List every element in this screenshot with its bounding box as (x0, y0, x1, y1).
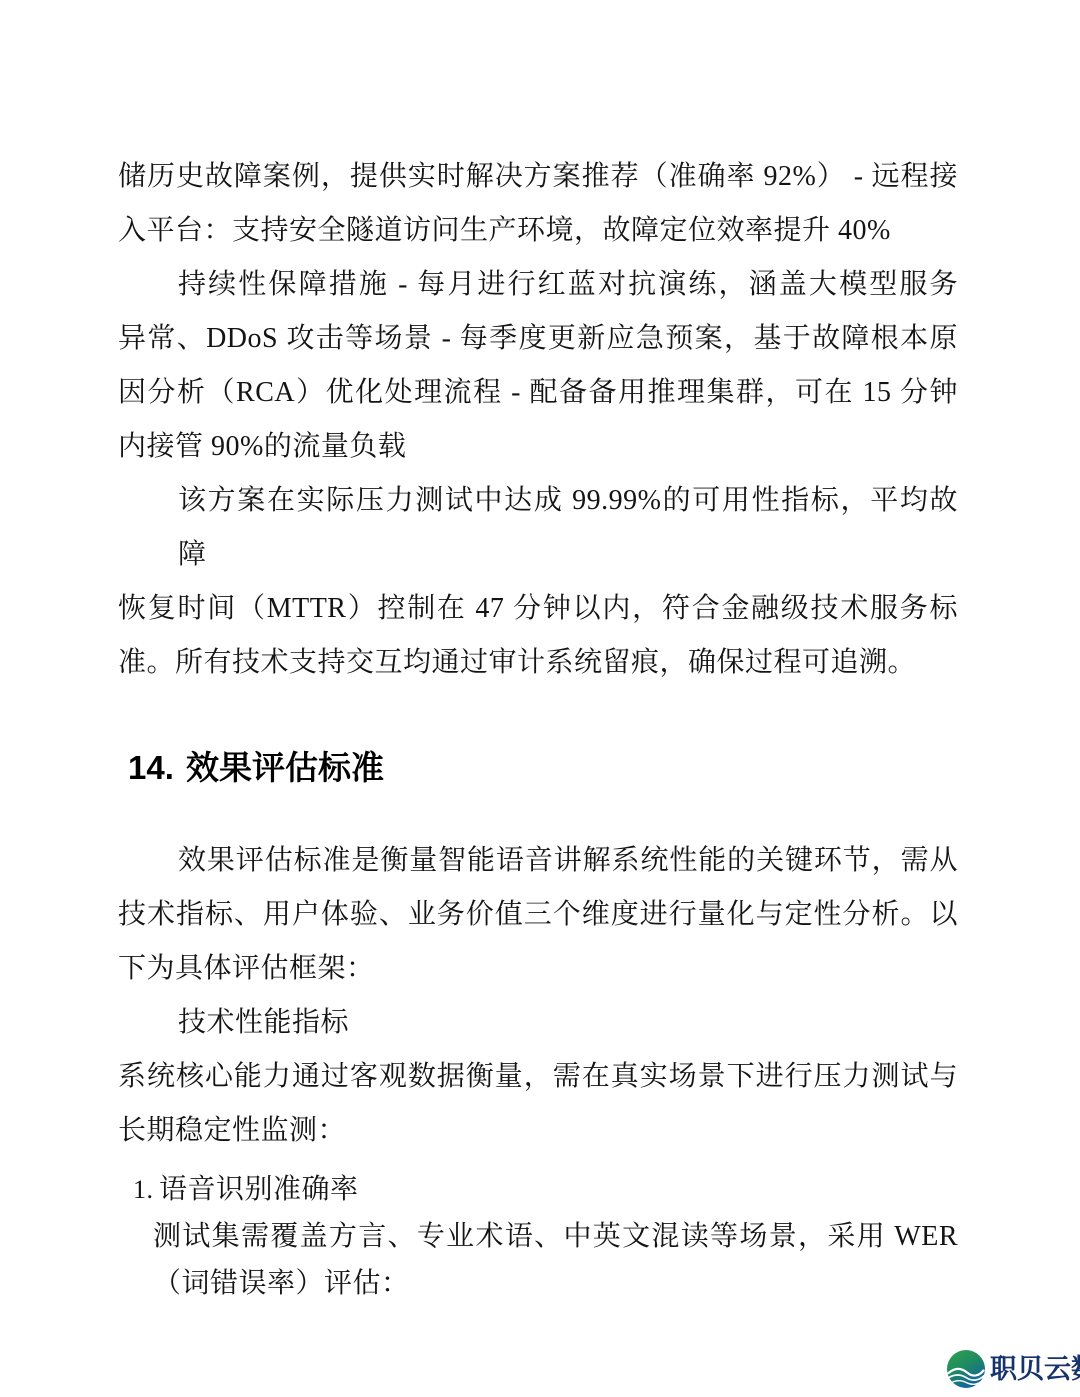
paragraph: 持续性保障措施 - 每月进行红蓝对抗演练，涵盖大模型服务异常、DDoS 攻击等场… (118, 258, 958, 474)
heading-title: 效果评估标准 (186, 749, 384, 786)
text-line: 内接管 90%的流量负载 (118, 420, 958, 474)
text-line: 储历史故障案例，提供实时解决方案推荐（准确率 92%） - 远程接 (118, 150, 958, 204)
text-line: 1.语音识别准确率 (118, 1166, 958, 1213)
heading-number: 14. (128, 746, 174, 790)
list-text: 语音识别准确率 (159, 1174, 359, 1205)
text-line: 技术性能指标 (118, 996, 958, 1050)
text-line: 入平台：支持安全隧道访问生产环境，故障定位效率提升 40% (118, 204, 958, 258)
text-line: （词错误率）评估： (118, 1260, 958, 1307)
text-line: 恢复时间（MTTR）控制在 47 分钟以内，符合金融级技术服务标 (118, 582, 958, 636)
list-item: 1.语音识别准确率测试集需覆盖方言、专业术语、中英文混读等场景，采用 WER（词… (118, 1166, 958, 1307)
text-line: 持续性保障措施 - 每月进行红蓝对抗演练，涵盖大模型服务 (118, 258, 958, 312)
text-line: 准。所有技术支持交互均通过审计系统留痕，确保过程可追溯。 (118, 636, 958, 690)
text-line: 下为具体评估框架： (118, 942, 958, 996)
paragraph: 系统核心能力通过客观数据衡量，需在真实场景下进行压力测试与长期稳定性监测： (118, 1050, 958, 1158)
globe-wave-icon (946, 1349, 986, 1389)
document-body: 储历史故障案例，提供实时解决方案推荐（准确率 92%） - 远程接入平台：支持安… (118, 150, 958, 1307)
text-line: 长期稳定性监测： (118, 1104, 958, 1158)
paragraph: 该方案在实际压力测试中达成 99.99%的可用性指标，平均故障恢复时间（MTTR… (118, 474, 958, 690)
text-line: 因分析（RCA）优化处理流程 - 配备备用推理集群，可在 15 分钟 (118, 366, 958, 420)
section-heading: 14.效果评估标准 (118, 746, 958, 790)
document-page: 储历史故障案例，提供实时解决方案推荐（准确率 92%） - 远程接入平台：支持安… (0, 0, 1080, 1397)
footer-logo: 职贝云数 (946, 1349, 1080, 1389)
footer-logo-text: 职贝云数 (990, 1349, 1080, 1389)
text-line: 技术指标、用户体验、业务价值三个维度进行量化与定性分析。以 (118, 888, 958, 942)
text-line: 该方案在实际压力测试中达成 99.99%的可用性指标，平均故障 (118, 474, 958, 582)
text-line: 系统核心能力通过客观数据衡量，需在真实场景下进行压力测试与 (118, 1050, 958, 1104)
paragraph: 技术性能指标 (118, 996, 958, 1050)
paragraph: 储历史故障案例，提供实时解决方案推荐（准确率 92%） - 远程接入平台：支持安… (118, 150, 958, 258)
paragraph: 效果评估标准是衡量智能语音讲解系统性能的关键环节，需从技术指标、用户体验、业务价… (118, 834, 958, 996)
text-line: 异常、DDoS 攻击等场景 - 每季度更新应急预案，基于故障根本原 (118, 312, 958, 366)
text-line: 效果评估标准是衡量智能语音讲解系统性能的关键环节，需从 (118, 834, 958, 888)
list-number: 1. (133, 1166, 159, 1213)
text-line: 测试集需覆盖方言、专业术语、中英文混读等场景，采用 WER (118, 1213, 958, 1260)
